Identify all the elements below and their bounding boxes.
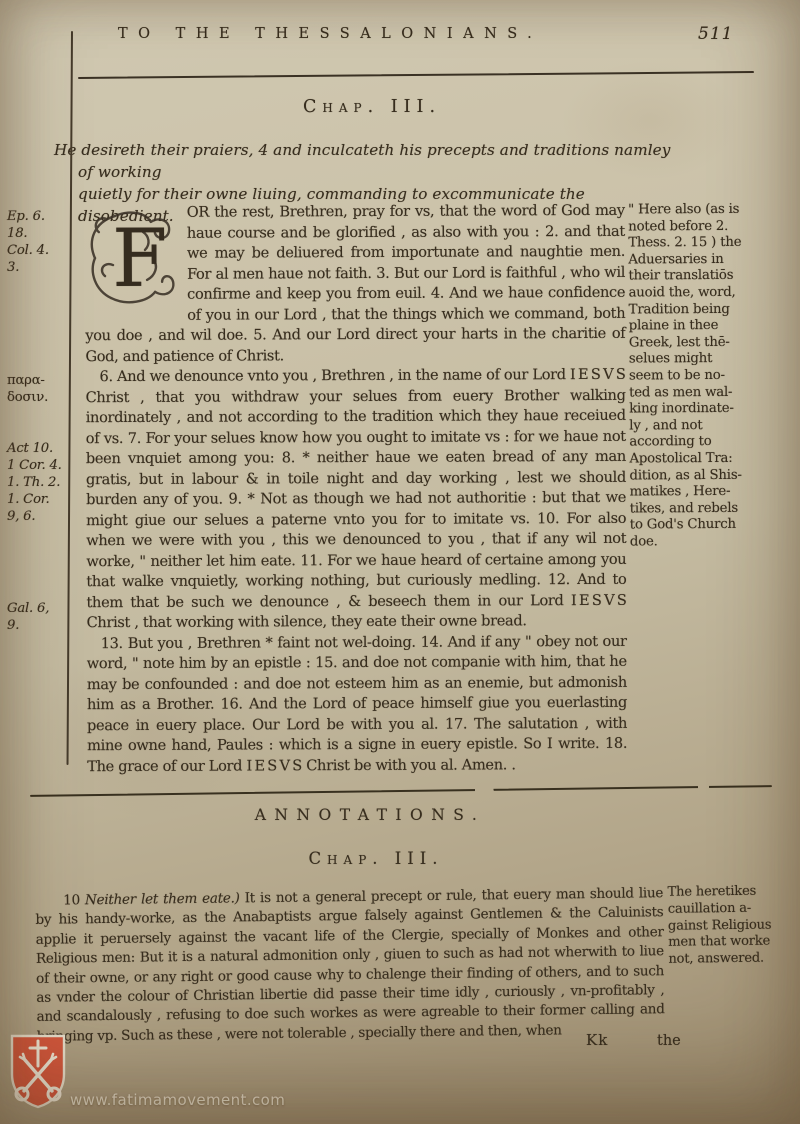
signature-mark: Kk — [586, 1031, 608, 1049]
annotation-lemma: Neither let them eate.) — [85, 890, 240, 908]
catchword: the — [657, 1033, 681, 1049]
margin-note-greek: παρα- δοσιν. — [7, 372, 71, 406]
scripture-paragraph-2: 6. And we denounce vnto you , Brethren ,… — [85, 365, 626, 634]
chapter-heading: Chap. III. — [0, 97, 744, 117]
annotation-text: It is not a general precept or rule, tha… — [35, 885, 664, 1045]
margin-note-citation: Act 10. 1 Cor. 4. 1. Th. 2. 1. Cor. 9, 6… — [7, 440, 71, 525]
scripture-text-block: F OR the rest, Brethren, pray for vs, th… — [85, 201, 627, 777]
svg-text:F: F — [112, 212, 168, 305]
margin-note-citation: Ep. 6. 18. Col. 4. 3. — [7, 208, 71, 276]
scanned-book-page: TO THE THESSALONIANS. 511 Chap. III. He … — [0, 0, 800, 1124]
annotations-chapter-heading: Chap. III. — [0, 849, 752, 868]
drop-cap: F — [85, 206, 177, 306]
annotation-verse-ref: 10 — [35, 892, 80, 909]
annotations-rule — [30, 785, 772, 797]
annotations-body: 10 Neither let them eate.) It is not a g… — [35, 884, 665, 1047]
running-header-title: TO THE THESSALONIANS. — [118, 26, 542, 42]
floriated-initial-icon: F — [85, 206, 177, 306]
margin-note-citation: Gal. 6, 9. — [7, 600, 71, 634]
margin-note-gloss: " Here also (as is noted before 2. Thess… — [628, 202, 798, 551]
watermark-url: www.fatimamovement.com — [70, 1091, 285, 1109]
crossed-keys-shield-icon — [8, 1030, 68, 1112]
annotation-margin-note: The heretikes cauillation a- gainst Reli… — [667, 883, 796, 969]
scripture-paragraph-3: 13. But you , Brethren * faint not wel-d… — [87, 631, 628, 777]
annotations-heading: ANNOTATIONS. — [0, 806, 740, 824]
scripture-paragraph: F OR the rest, Brethren, pray for vs, th… — [85, 201, 626, 367]
page-number: 511 — [698, 24, 733, 44]
header-rule — [78, 71, 754, 79]
